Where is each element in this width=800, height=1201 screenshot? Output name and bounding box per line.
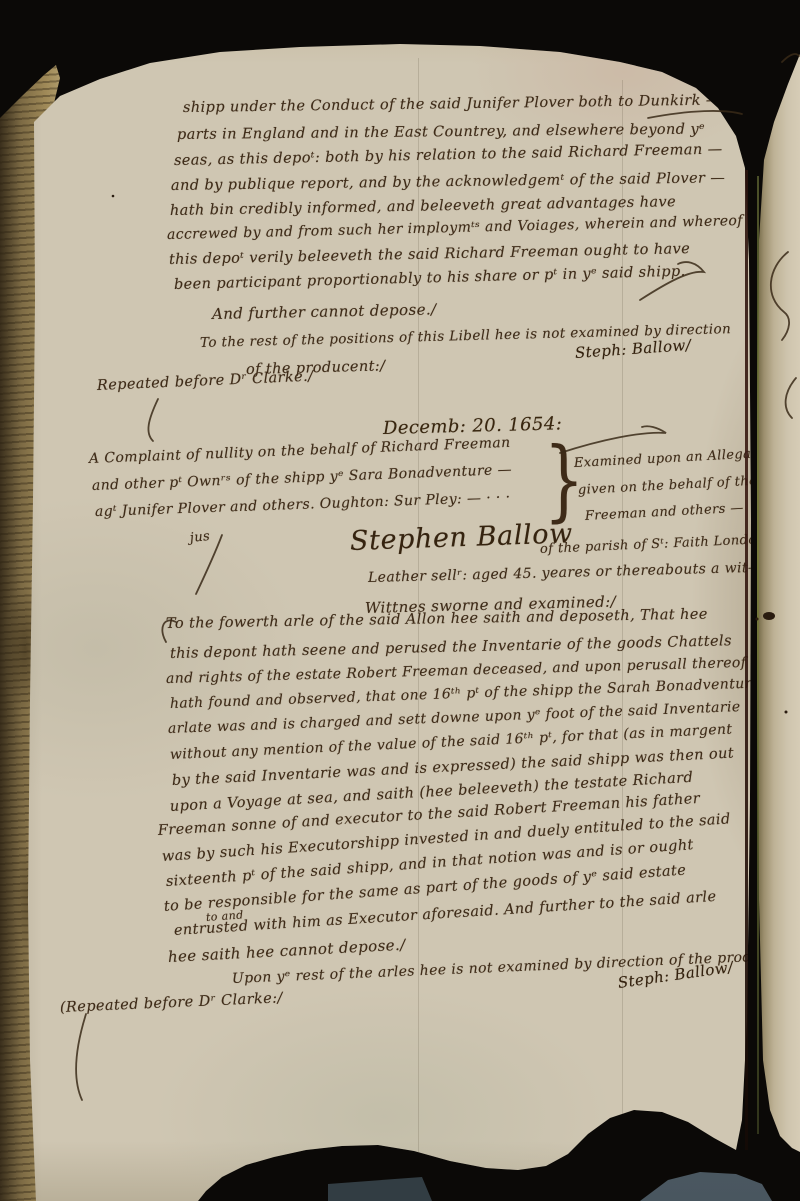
- deposition-line: hee saith hee cannot depose./: [168, 937, 406, 966]
- witness-occupation-age: Leather sellʳ: aged 45. yeares or therea…: [368, 561, 763, 587]
- manuscript-line: and by publique report, and by the ackno…: [171, 171, 725, 195]
- jus-mark: jus: [189, 530, 211, 546]
- date-heading: Decemb: 20. 1654:: [383, 414, 563, 438]
- exam-note-line: Freeman and others —: [585, 502, 744, 525]
- manuscript-line: seas, as this depoᵗ: both by his relatio…: [174, 143, 723, 170]
- margin-note-line: agᵗ Junifer Plover and others. Oughton: …: [95, 490, 511, 520]
- manuscript-line: shipp under the Conduct of the said Juni…: [183, 93, 721, 116]
- manuscript-line: parts in England and in the East Countre…: [177, 122, 705, 143]
- manuscript-line: And further cannot depose./: [212, 301, 437, 322]
- manuscript-page: shipp under the Conduct of the said Juni…: [0, 0, 800, 1201]
- repeated-note: Repeated before Dʳ Clarke./: [97, 370, 314, 395]
- gutter-edge-highlight: [757, 176, 759, 1134]
- margin-note-line: and other pᵗ Ownʳˢ of the shipp yᵉ Sara …: [92, 463, 513, 495]
- manuscript-photo: shipp under the Conduct of the said Juni…: [0, 0, 800, 1201]
- deposition-line: To the fowerth arle of the said Allon he…: [166, 608, 708, 633]
- manuscript-line: been participant proportionably to his s…: [174, 265, 686, 294]
- witness-origin: of the parish of Sᵗ: Faith London: [540, 533, 766, 557]
- repeated-note: (Repeated before Dʳ Clarke:/: [60, 991, 283, 1017]
- curly-brace: }: [544, 436, 584, 524]
- binding-gutter: [745, 170, 748, 1150]
- facing-page-flourish: [782, 54, 799, 62]
- margin-note-line: A Complaint of nullity on the behalf of …: [89, 436, 511, 468]
